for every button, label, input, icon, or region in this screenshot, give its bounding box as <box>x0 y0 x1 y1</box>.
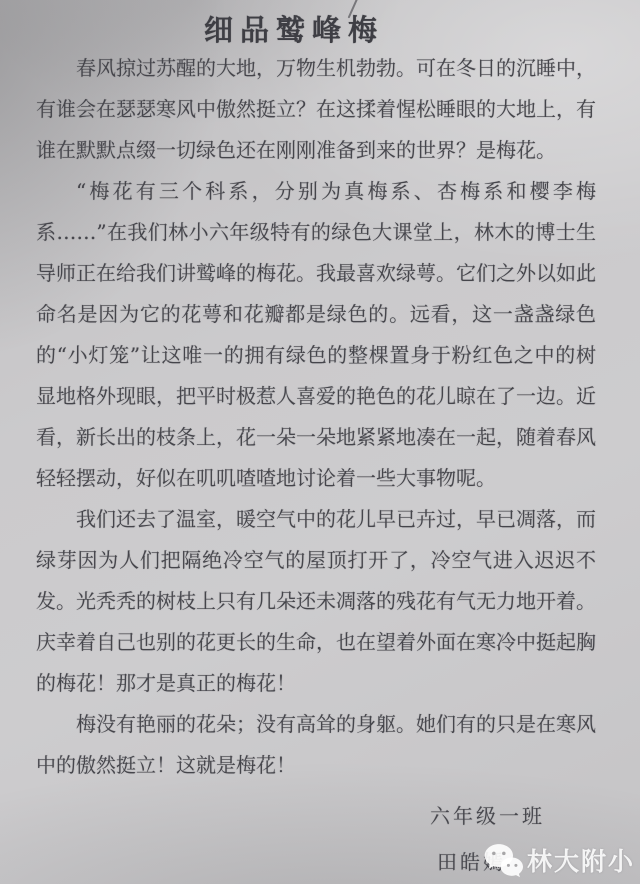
essay-paragraph: 梅没有艳丽的花朵；没有高耸的身躯。她们有的只是在寒风中的傲然挺立！这就是梅花！ <box>36 704 596 786</box>
essay-paragraph: 春风掠过苏醒的大地，万物生机勃勃。可在冬日的沉睡中，有谁会在瑟瑟寒风中傲然挺立？… <box>36 48 596 171</box>
wechat-icon <box>483 842 523 878</box>
watermark-text: 林大附小 <box>527 842 635 878</box>
signature-class: 六年级一班 <box>430 800 545 829</box>
essay-body: 春风掠过苏醒的大地，万物生机勃勃。可在冬日的沉睡中，有谁会在瑟瑟寒风中傲然挺立？… <box>36 48 596 786</box>
watermark: 林大附小 <box>483 842 635 878</box>
essay-paragraph: 我们还去了温室，暖空气中的花儿早已卉过，早已凋落，而绿芽因为人们把隔绝冷空气的屋… <box>36 499 596 704</box>
essay-paragraph: “梅花有三个科系，分别为真梅系、杏梅系和樱李梅系……”在我们林小六年级特有的绿色… <box>36 171 596 499</box>
document-photo: 细品鹫峰梅 春风掠过苏醒的大地，万物生机勃勃。可在冬日的沉睡中，有谁会在瑟瑟寒风… <box>0 0 640 884</box>
essay-title: 细品鹫峰梅 <box>0 8 588 49</box>
